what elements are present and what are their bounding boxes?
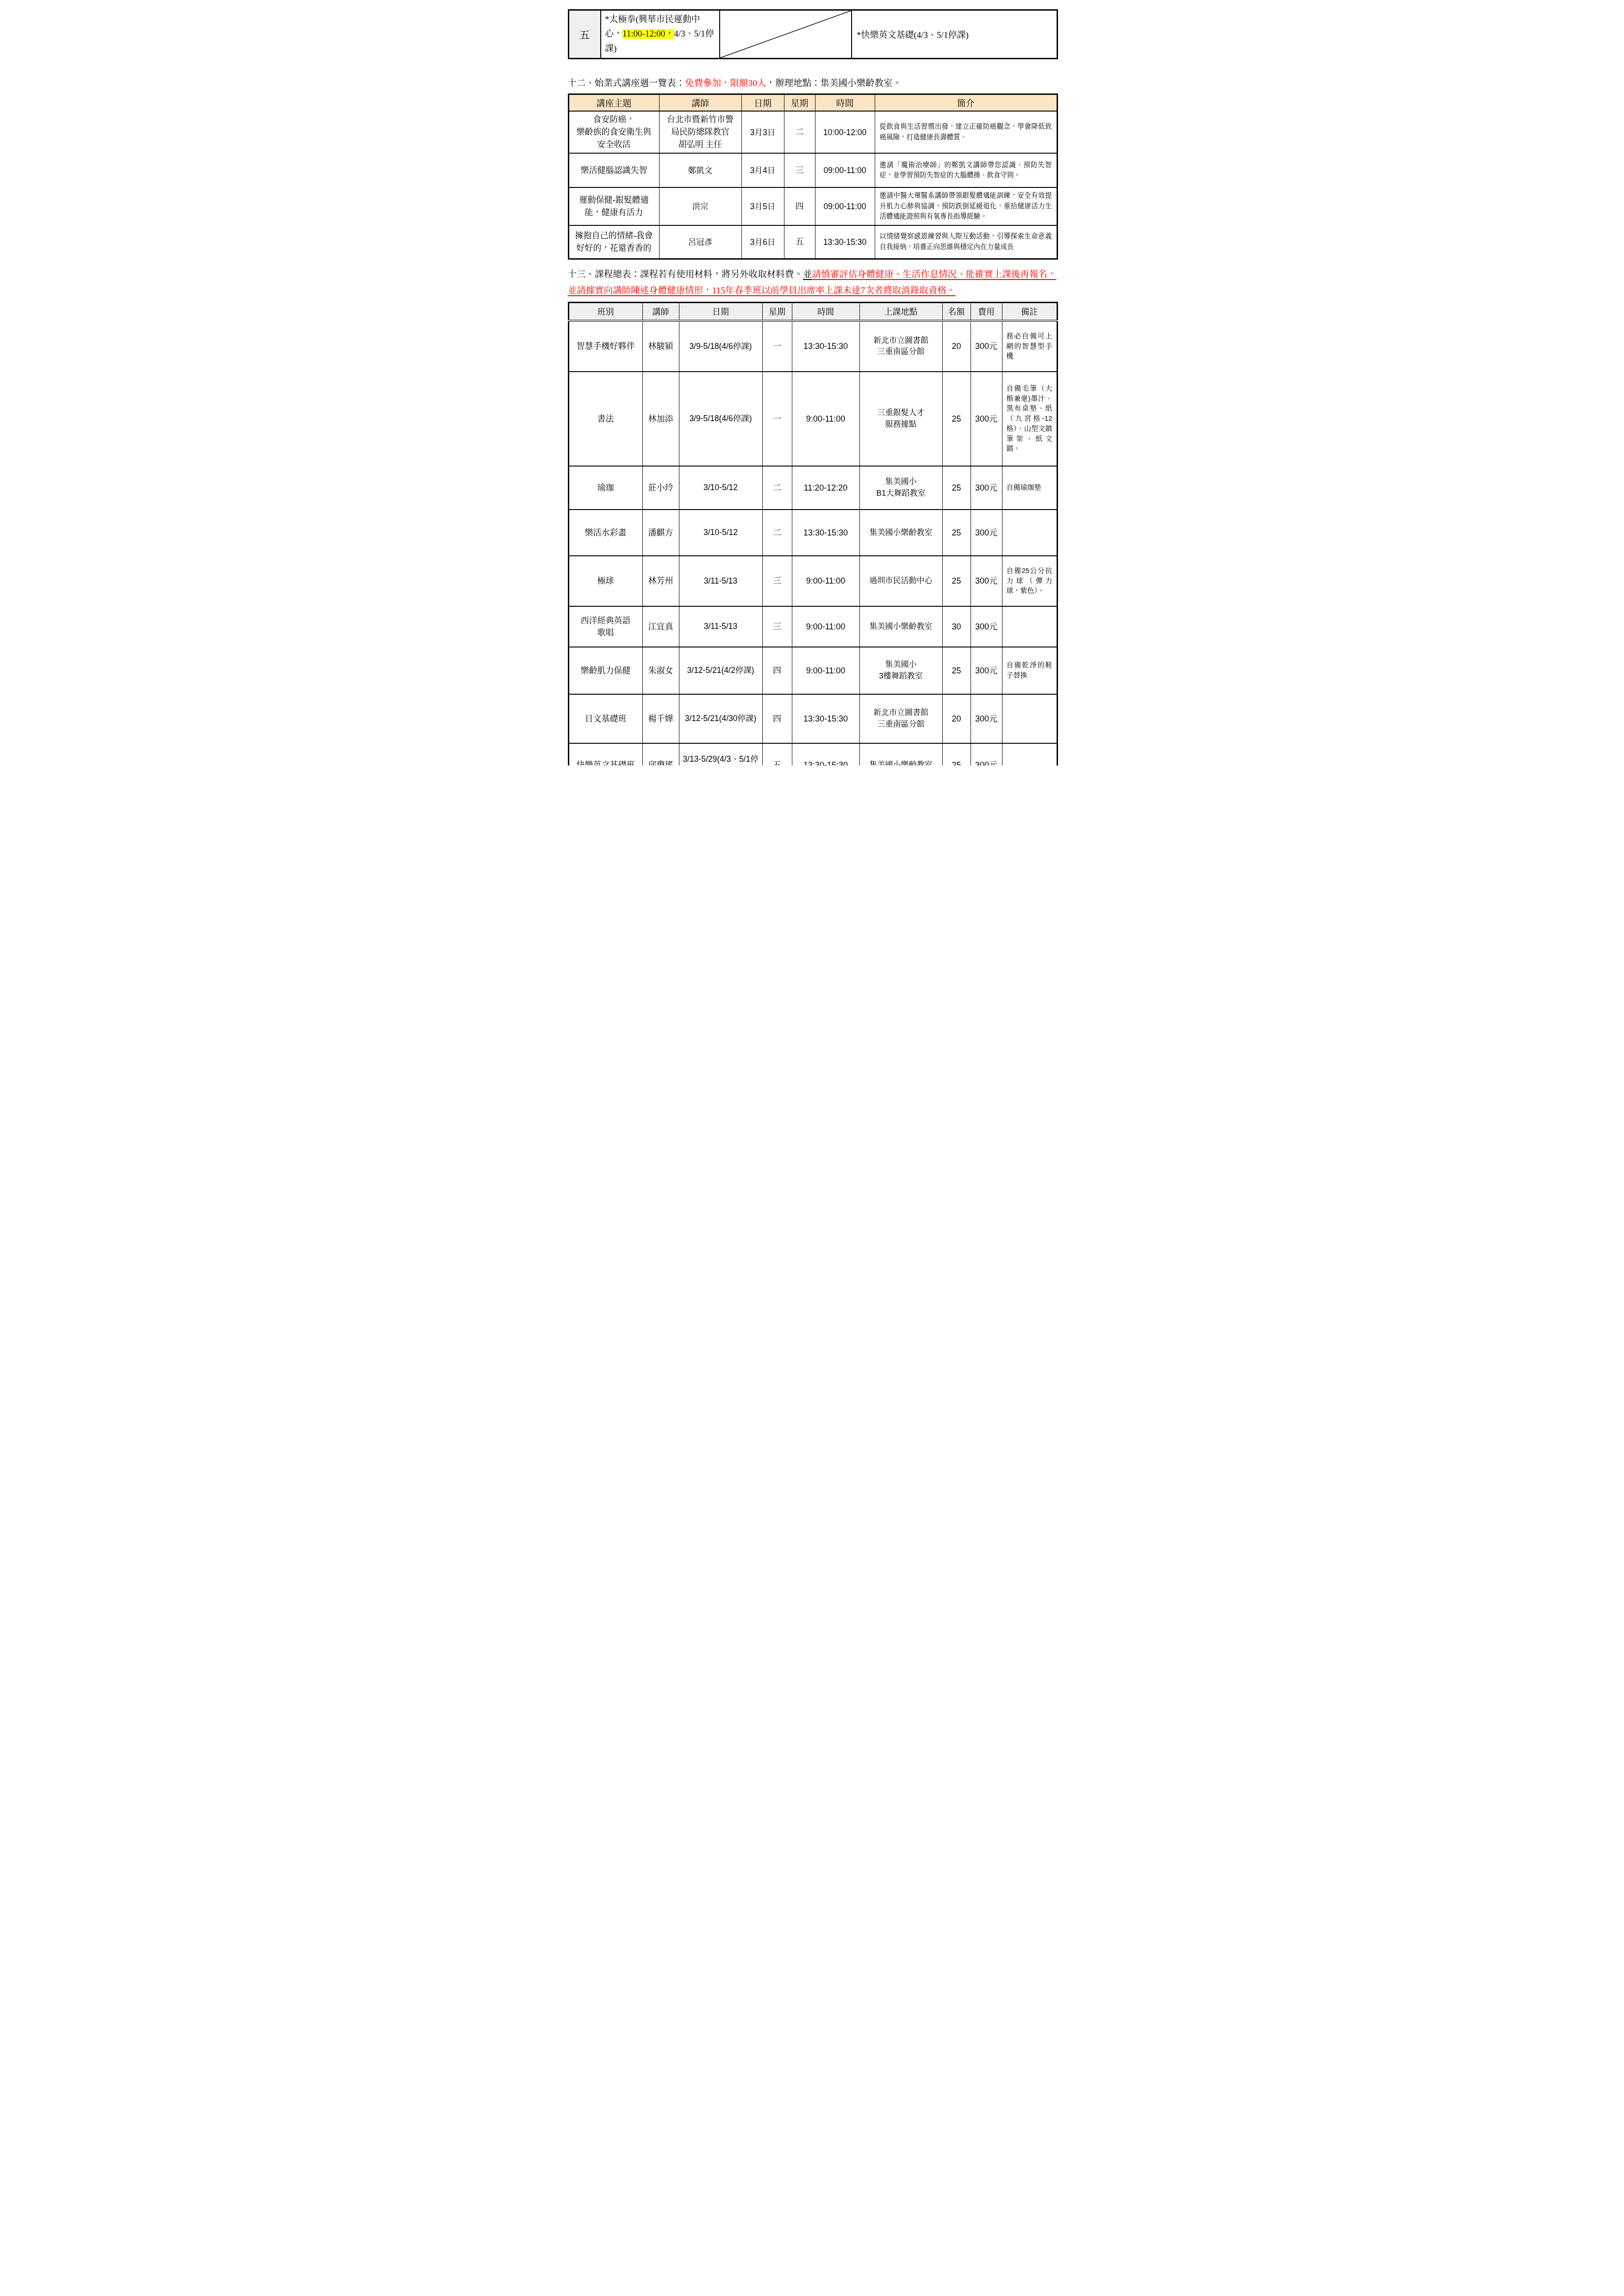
course-quota-cell: 25: [942, 510, 971, 556]
lecture-date-cell: 3月5日: [741, 187, 784, 225]
course-class-cell: 樂齡肌力保健: [568, 647, 642, 694]
lecture-intro-cell: 從飲食與生活習慣出發，建立正確防癌觀念，學會降低致癌風險，打造健康長壽體質。: [875, 111, 1057, 153]
course-time-cell: 13:30-15:30: [792, 743, 859, 765]
course-fee-cell: 300元: [971, 606, 1002, 647]
course-teacher-cell: 潘麒方: [642, 510, 679, 556]
course-quota-cell: 25: [942, 372, 971, 466]
course-fee-cell: 300元: [971, 647, 1002, 694]
course-location-cell: 集美國小 B1大舞蹈教室: [859, 466, 942, 510]
course-table-body: 智慧手機好夥伴 林駿穎 3/9-5/18(4/6停課) 一 13:30-15:3…: [568, 321, 1057, 765]
empty-diagonal-cell: [720, 10, 852, 59]
lecture-weekday-cell: 五: [784, 225, 815, 259]
top-schedule-fragment-table: 五 *太極拳(興華市民運動中心，11:00-12:00，4/3、5/1停課) *…: [568, 9, 1058, 59]
course-date-cell: 3/9-5/18(4/6停課): [679, 372, 762, 466]
course-weekday-cell: 三: [762, 606, 792, 647]
header-weekday: 星期: [784, 94, 815, 112]
lecture-weekday-cell: 二: [784, 111, 815, 153]
course-location-cell: 集美國小樂齡教室: [859, 510, 942, 556]
course-date-cell: 3/11-5/13: [679, 606, 762, 647]
course-note-cell: [1002, 743, 1057, 765]
lecture-topic-cell: 運動保健-銀髮體適 能，健康有活力: [568, 187, 659, 225]
course-time-cell: 9:00-11:00: [792, 556, 859, 606]
header-time: 時間: [815, 94, 875, 112]
course-row: 瑜珈 莊小玲 3/10-5/12 二 11:20-12:20 集美國小 B1大舞…: [568, 466, 1057, 510]
header-weekday: 星期: [762, 302, 792, 321]
weekday-label-cell: 五: [568, 10, 601, 59]
course-quota-cell: 20: [942, 694, 971, 743]
course-quota-cell: 30: [942, 606, 971, 647]
course-date-cell: 3/12-5/21(4/2停課): [679, 647, 762, 694]
document-page: 五 *太極拳(興華市民運動中心，11:00-12:00，4/3、5/1停課) *…: [541, 0, 1083, 765]
lecture-date-cell: 3月3日: [741, 111, 784, 153]
section12-heading: 十二、始業式講座週一覽表：免費參加，限額30人，辦理地點：集美國小樂齡教室。: [568, 78, 1057, 90]
course-location-cell: 三重銀髮人才 服務據點: [859, 372, 942, 466]
course-fee-cell: 300元: [971, 372, 1002, 466]
course-note-cell: [1002, 694, 1057, 743]
course-note-cell: 自備25公分抗力球（彈力球，紫色）。: [1002, 556, 1057, 606]
lecture-time-cell: 13:30-15:30: [815, 225, 875, 259]
course-time-cell: 9:00-11:00: [792, 606, 859, 647]
course-note-cell: 自備瑜珈墊: [1002, 466, 1057, 510]
course-class-cell: 快樂英文基礎班: [568, 743, 642, 765]
course-row: 樂齡肌力保健 朱淑女 3/12-5/21(4/2停課) 四 9:00-11:00…: [568, 647, 1057, 694]
course-date-cell: 3/10-5/12: [679, 466, 762, 510]
course-location-cell: 新北市立圖書館 三重南區分館: [859, 694, 942, 743]
course-note-cell: 務必自備可上網的智慧型手機: [1002, 321, 1057, 372]
lecture-intro-cell: 邀請「魔術治療師」的鄭凱文講師帶您認識、預防失智症，並學習預防失智症的大腦體操、…: [875, 153, 1057, 187]
course-time-cell: 13:30-15:30: [792, 510, 859, 556]
course-date-cell: 3/9-5/18(4/6停課): [679, 321, 762, 372]
course-weekday-cell: 三: [762, 556, 792, 606]
course-date-cell: 3/13-5/29(4/3、5/1停課): [679, 743, 762, 765]
course-quota-cell: 25: [942, 647, 971, 694]
lecture-row: 食安防癌， 樂齡族的食安衛生與 安全收活 台北市暨新竹市警 局民防總隊教官 胡弘…: [568, 111, 1057, 153]
course-note-cell: [1002, 606, 1057, 647]
header-intro: 簡介: [875, 94, 1057, 112]
course-class-cell: 書法: [568, 372, 642, 466]
header-time: 時間: [792, 302, 859, 321]
diagonal-line: [720, 11, 851, 58]
section13-heading-black-underlined: 並: [803, 270, 812, 280]
course-quota-cell: 20: [942, 321, 971, 372]
course-teacher-cell: 朱淑女: [642, 647, 679, 694]
course-location-cell: 集美國小樂齡教室: [859, 743, 942, 765]
lecture-weekday-cell: 三: [784, 153, 815, 187]
course-row: 極球 林芳州 3/11-5/13 三 9:00-11:00 過圳市民活動中心 2…: [568, 556, 1057, 606]
course-row: 西洋經典英語 歌唱 江宜真 3/11-5/13 三 9:00-11:00 集美國…: [568, 606, 1057, 647]
header-date: 日期: [679, 302, 762, 321]
course-table-header-row: 班別 講師 日期 星期 時間 上課地點 名額 費用 備註: [568, 302, 1057, 321]
course-teacher-cell: 林加添: [642, 372, 679, 466]
course-class-cell: 日文基礎班: [568, 694, 642, 743]
course-fee-cell: 300元: [971, 694, 1002, 743]
course-location-cell: 過圳市民活動中心: [859, 556, 942, 606]
course-weekday-cell: 二: [762, 466, 792, 510]
lecture-intro-cell: 邀請中醫大運醫系講師帶領銀髮體適能訓練，安全有效提升肌力心肺與協調，預防跌倒延緩…: [875, 187, 1057, 225]
header-location: 上課地點: [859, 302, 942, 321]
lecture-row: 樂活健腦認識失智 鄭凱文 3月4日 三 09:00-11:00 邀請「魔術治療師…: [568, 153, 1057, 187]
course-weekday-cell: 一: [762, 321, 792, 372]
lecture-speaker-cell: 洪宗: [659, 187, 741, 225]
header-topic: 講座主題: [568, 94, 659, 112]
section13-heading: 十三、課程總表：課程若有使用材料，將另外收取材料費。並請慎審評估身體健康、生活作…: [568, 267, 1057, 299]
course-quota-cell: 25: [942, 466, 971, 510]
lecture-topic-cell: 擁抱自己的情緒-我會 好好的，花還香香的: [568, 225, 659, 259]
lecture-date-cell: 3月4日: [741, 153, 784, 187]
lecture-overview-table: 講座主題 講師 日期 星期 時間 簡介 食安防癌， 樂齡族的食安衛生與 安全收活…: [568, 93, 1058, 259]
lecture-weekday-cell: 四: [784, 187, 815, 225]
course-note-cell: [1002, 510, 1057, 556]
course-fee-cell: 300元: [971, 466, 1002, 510]
highlighted-time-text: 11:00-12:00，: [622, 29, 674, 39]
course-fee-cell: 300元: [971, 510, 1002, 556]
course-location-cell: 集美國小樂齡教室: [859, 606, 942, 647]
lecture-row: 運動保健-銀髮體適 能，健康有活力 洪宗 3月5日 四 09:00-11:00 …: [568, 187, 1057, 225]
course-weekday-cell: 四: [762, 647, 792, 694]
course-fee-cell: 300元: [971, 321, 1002, 372]
course-time-cell: 9:00-11:00: [792, 372, 859, 466]
course-time-cell: 9:00-11:00: [792, 647, 859, 694]
header-teacher: 講師: [642, 302, 679, 321]
course-row: 樂活水彩畫 潘麒方 3/10-5/12 二 13:30-15:30 集美國小樂齡…: [568, 510, 1057, 556]
course-note-cell: 自備乾淨的鞋子替換: [1002, 647, 1057, 694]
header-fee: 費用: [971, 302, 1002, 321]
course-teacher-cell: 莊小玲: [642, 466, 679, 510]
course-row: 書法 林加添 3/9-5/18(4/6停課) 一 9:00-11:00 三重銀髮…: [568, 372, 1057, 466]
course-time-cell: 11:20-12:20: [792, 466, 859, 510]
english-course-cell: *快樂英文基礎(4/3、5/1停課): [852, 10, 1057, 59]
course-teacher-cell: 林駿穎: [642, 321, 679, 372]
course-row: 日文基礎班 楊千嬅 3/12-5/21(4/30停課) 四 13:30-15:3…: [568, 694, 1057, 743]
course-summary-table: 班別 講師 日期 星期 時間 上課地點 名額 費用 備註 智慧手機好夥伴 林駿穎…: [568, 302, 1058, 765]
header-date: 日期: [741, 94, 784, 112]
course-date-cell: 3/10-5/12: [679, 510, 762, 556]
course-fee-cell: 300元: [971, 743, 1002, 765]
course-class-cell: 極球: [568, 556, 642, 606]
taichi-course-cell: *太極拳(興華市民運動中心，11:00-12:00，4/3、5/1停課): [601, 10, 720, 59]
header-note: 備註: [1002, 302, 1057, 321]
course-fee-cell: 300元: [971, 556, 1002, 606]
course-date-cell: 3/11-5/13: [679, 556, 762, 606]
course-row: 快樂英文基礎班 邱瓊瑤 3/13-5/29(4/3、5/1停課) 五 13:30…: [568, 743, 1057, 765]
course-row: 智慧手機好夥伴 林駿穎 3/9-5/18(4/6停課) 一 13:30-15:3…: [568, 321, 1057, 372]
course-date-cell: 3/12-5/21(4/30停課): [679, 694, 762, 743]
course-time-cell: 13:30-15:30: [792, 694, 859, 743]
section12-heading-suffix: ，辦理地點：集美國小樂齡教室。: [766, 79, 902, 88]
course-teacher-cell: 林芳州: [642, 556, 679, 606]
course-location-cell: 新北市立圖書館 三重南區分館: [859, 321, 942, 372]
friday-row: 五 *太極拳(興華市民運動中心，11:00-12:00，4/3、5/1停課) *…: [568, 10, 1057, 59]
section13-heading-black: 十三、課程總表：課程若有使用材料，將另外收取材料費。: [568, 270, 803, 280]
lecture-speaker-cell: 呂冠彥: [659, 225, 741, 259]
lecture-intro-cell: 以情緒覺察感恩練習與人際互動活動，引導探索生命意義自我接納，培養正向思維與穩定內…: [875, 225, 1057, 259]
course-weekday-cell: 一: [762, 372, 792, 466]
course-teacher-cell: 江宜真: [642, 606, 679, 647]
course-class-cell: 瑜珈: [568, 466, 642, 510]
document-content: 五 *太極拳(興華市民運動中心，11:00-12:00，4/3、5/1停課) *…: [568, 0, 1057, 765]
course-teacher-cell: 邱瓊瑤: [642, 743, 679, 765]
lecture-topic-cell: 食安防癌， 樂齡族的食安衛生與 安全收活: [568, 111, 659, 153]
lecture-speaker-cell: 鄭凱文: [659, 153, 741, 187]
lecture-table-header-row: 講座主題 講師 日期 星期 時間 簡介: [568, 94, 1057, 112]
course-note-cell: 自備毛筆（大楷兼毫)墨汁、黑布桌墊、紙（九宮格-12格）、山型文鎮筆架、紙文鎮。: [1002, 372, 1057, 466]
lecture-speaker-cell: 台北市暨新竹市警 局民防總隊教官 胡弘明 主任: [659, 111, 741, 153]
course-class-cell: 樂活水彩畫: [568, 510, 642, 556]
course-teacher-cell: 楊千嬅: [642, 694, 679, 743]
course-location-cell: 集美國小 3樓舞蹈教室: [859, 647, 942, 694]
course-class-cell: 西洋經典英語 歌唱: [568, 606, 642, 647]
lecture-time-cell: 10:00-12:00: [815, 111, 875, 153]
course-quota-cell: 25: [942, 556, 971, 606]
header-speaker: 講師: [659, 94, 741, 112]
header-quota: 名額: [942, 302, 971, 321]
course-weekday-cell: 四: [762, 694, 792, 743]
lecture-date-cell: 3月6日: [741, 225, 784, 259]
lecture-time-cell: 09:00-11:00: [815, 153, 875, 187]
course-time-cell: 13:30-15:30: [792, 321, 859, 372]
lecture-topic-cell: 樂活健腦認識失智: [568, 153, 659, 187]
course-quota-cell: 25: [942, 743, 971, 765]
header-class: 班別: [568, 302, 642, 321]
lecture-table-body: 食安防癌， 樂齡族的食安衛生與 安全收活 台北市暨新竹市警 局民防總隊教官 胡弘…: [568, 111, 1057, 259]
course-weekday-cell: 二: [762, 510, 792, 556]
lecture-row: 擁抱自己的情緒-我會 好好的，花還香香的 呂冠彥 3月6日 五 13:30-15…: [568, 225, 1057, 259]
course-weekday-cell: 五: [762, 743, 792, 765]
course-class-cell: 智慧手機好夥伴: [568, 321, 642, 372]
lecture-time-cell: 09:00-11:00: [815, 187, 875, 225]
section12-heading-red-text: 免費參加，限額30人: [685, 79, 766, 88]
section12-heading-prefix: 十二、始業式講座週一覽表：: [568, 79, 685, 88]
